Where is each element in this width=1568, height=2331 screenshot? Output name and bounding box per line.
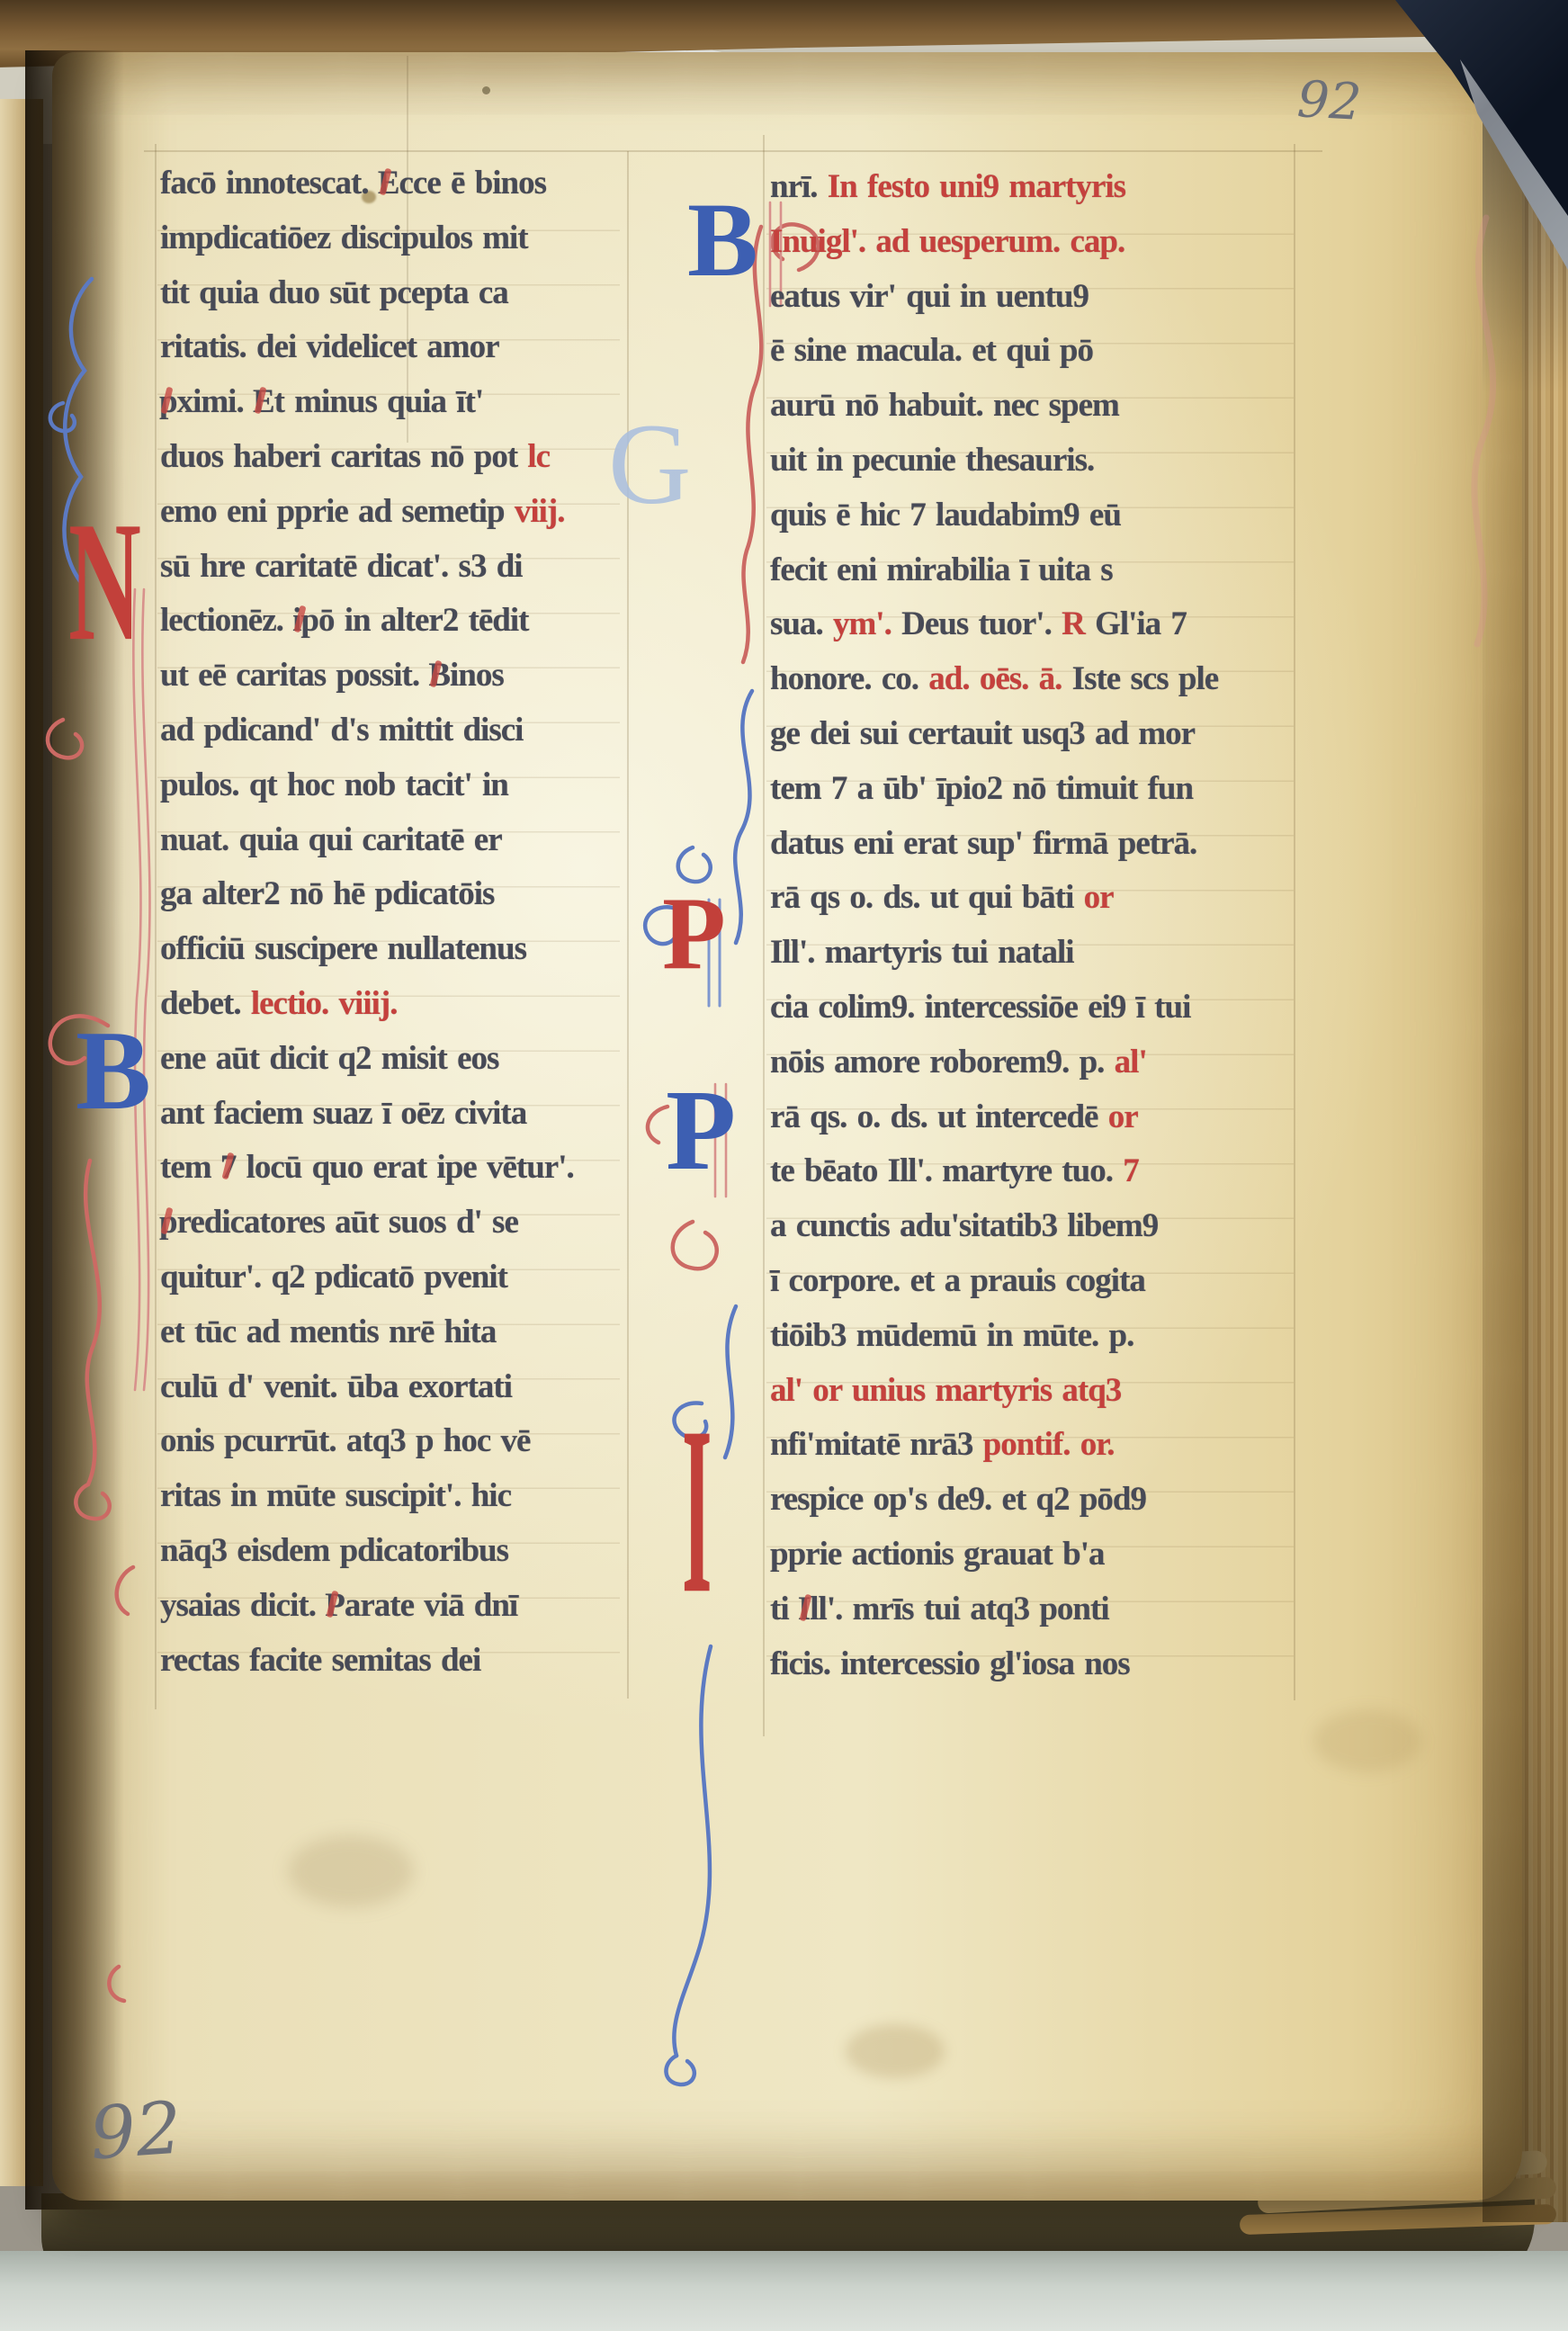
- initial-presta: P: [666, 1072, 736, 1188]
- text-line: honore. co. ad. oēs. ā. Iste scs ple: [770, 652, 1218, 707]
- text-line: nfi'mitatē nrā3 pontif. or.: [770, 1418, 1218, 1473]
- text-line: ut eē caritas possit. Binos: [160, 649, 574, 704]
- left-column: facō innotescat. Ecce ē binosimpdicatiōe…: [160, 157, 574, 1688]
- text-line: ysaias dicit. Parate viā dnī: [160, 1579, 574, 1634]
- ruling-line: [763, 135, 765, 1736]
- text-line: ga alter2 nō hē pdicatōis: [160, 867, 574, 922]
- text-line: fecit eni mirabilia ī uita s: [770, 543, 1218, 598]
- text-line: facō innotescat. Ecce ē binos: [160, 157, 574, 211]
- text-line: cia colim9. intercessiōe ei9 ī tui: [770, 981, 1218, 1036]
- table-surface: [0, 2251, 1568, 2331]
- text-line: tem 7 locū quo erat ipe vētur'.: [160, 1141, 574, 1196]
- text-line: Ill'. martyris tui natali: [770, 926, 1218, 981]
- text-line: officiū suscipere nullatenus: [160, 922, 574, 977]
- text-line: al' or unius martyris atq3: [770, 1364, 1218, 1419]
- text-line: aurū nō habuit. nec spem: [770, 379, 1218, 434]
- initial-flourish: G: [608, 407, 691, 522]
- text-line: eatus vir' qui in uentu9: [770, 270, 1218, 325]
- text-line: nōis amore roborem9. p. al': [770, 1036, 1218, 1090]
- manuscript-photo: facō innotescat. Ecce ē binosimpdicatiōe…: [0, 0, 1568, 2331]
- text-line: nrī. In festo uni9 martyris: [770, 160, 1218, 215]
- text-line: quis ē hic 7 laudabim9 eū: [770, 489, 1218, 543]
- text-line: tem 7 a ūb' īpio2 nō timuit fun: [770, 762, 1218, 817]
- text-line: te bēato Ill'. martyre tuo. 7: [770, 1144, 1218, 1199]
- text-line: ritatis. dei videlicet amor: [160, 320, 574, 375]
- text-line: ritas in mūte suscipit'. hic: [160, 1469, 574, 1524]
- initial-beatus: B: [687, 187, 758, 293]
- text-line: et tūc ad mentis nrē hita: [160, 1305, 574, 1360]
- folio-number-bottom: 92: [87, 2086, 184, 2176]
- text-line: culū d' venit. ūba exortati: [160, 1360, 574, 1415]
- text-line: quitur'. q2 pdicatō pvenit: [160, 1251, 574, 1305]
- text-line: nuat. quia qui caritatē er: [160, 813, 574, 868]
- text-line: rā qs. o. ds. ut intercedē or: [770, 1090, 1218, 1145]
- ruling-line: [627, 151, 629, 1699]
- initial-nemo: N: [68, 497, 141, 668]
- text-line: rā qs o. ds. ut qui bāti or: [770, 871, 1218, 926]
- text-line: a cunctis adu'sitatib3 libem9: [770, 1199, 1218, 1254]
- initial-presta: P: [662, 882, 726, 986]
- text-line: ficis. intercessio gl'iosa nos: [770, 1637, 1218, 1692]
- text-line: ge dei sui certauit usq3 ad mor: [770, 707, 1218, 762]
- text-line: sū hre caritatē dicat'. s3 di: [160, 540, 574, 595]
- text-line: ī corpore. et a prauis cogita: [770, 1254, 1218, 1309]
- ruling-line: [1294, 144, 1295, 1700]
- text-line: nāq3 eisdem pdicatoribus: [160, 1524, 574, 1579]
- initial-infirmitatem: I: [682, 1390, 712, 1630]
- text-line: lectionēz. ipō in alter2 tēdit: [160, 594, 574, 649]
- text-line: uit in pecunie thesauris.: [770, 434, 1218, 489]
- fore-edge-shading: [1483, 45, 1568, 2222]
- text-line: ant faciem suaz ī oēz civita: [160, 1087, 574, 1142]
- text-line: datus eni erat sup' firmā petrā.: [770, 817, 1218, 872]
- text-line: tit quia duo sūt pcepta ca: [160, 266, 574, 321]
- text-line: predicatores aūt suos d' se: [160, 1196, 574, 1251]
- text-line: ad pdicand' d's mittit disci: [160, 704, 574, 758]
- previous-leaf-edge: [0, 99, 43, 2186]
- text-line: debet. lectio. viiij.: [160, 977, 574, 1032]
- text-line: pulos. qt hoc nob tacit' in: [160, 758, 574, 813]
- metal-clip: [1352, 0, 1568, 270]
- text-line: pximi. Et minus quia īt': [160, 375, 574, 430]
- text-line: emo eni pprie ad semetip viij.: [160, 485, 574, 540]
- text-line: sua. ym'. Deus tuor'. R Gl'ia 7: [770, 597, 1218, 652]
- right-column: nrī. In festo uni9 martyrisInuigl'. ad u…: [770, 160, 1218, 1691]
- text-line: ene aūt dicit q2 misit eos: [160, 1032, 574, 1087]
- metal-clip-body: [1352, 0, 1568, 270]
- text-line: ē sine macula. et qui pō: [770, 324, 1218, 379]
- text-line: respice op's de9. et q2 pōd9: [770, 1473, 1218, 1528]
- text-line: Inuigl'. ad uesperum. cap.: [770, 215, 1218, 270]
- text-line: onis pcurrūt. atq3 p hoc vē: [160, 1414, 574, 1469]
- text-line: pprie actionis grauat b'a: [770, 1528, 1218, 1582]
- text-line: impdicatiōez discipulos mit: [160, 211, 574, 266]
- text-line: duos haberi caritas nō pot lc: [160, 430, 574, 485]
- initial-bene: B: [76, 1015, 151, 1128]
- text-line: rectas facite semitas dei: [160, 1634, 574, 1689]
- text-line: ti Ill'. mrīs tui atq3 ponti: [770, 1582, 1218, 1637]
- ruling-line: [155, 144, 157, 1709]
- text-line: tiōib3 mūdemū in mūte. p.: [770, 1309, 1218, 1364]
- ruling-line: [144, 150, 1322, 152]
